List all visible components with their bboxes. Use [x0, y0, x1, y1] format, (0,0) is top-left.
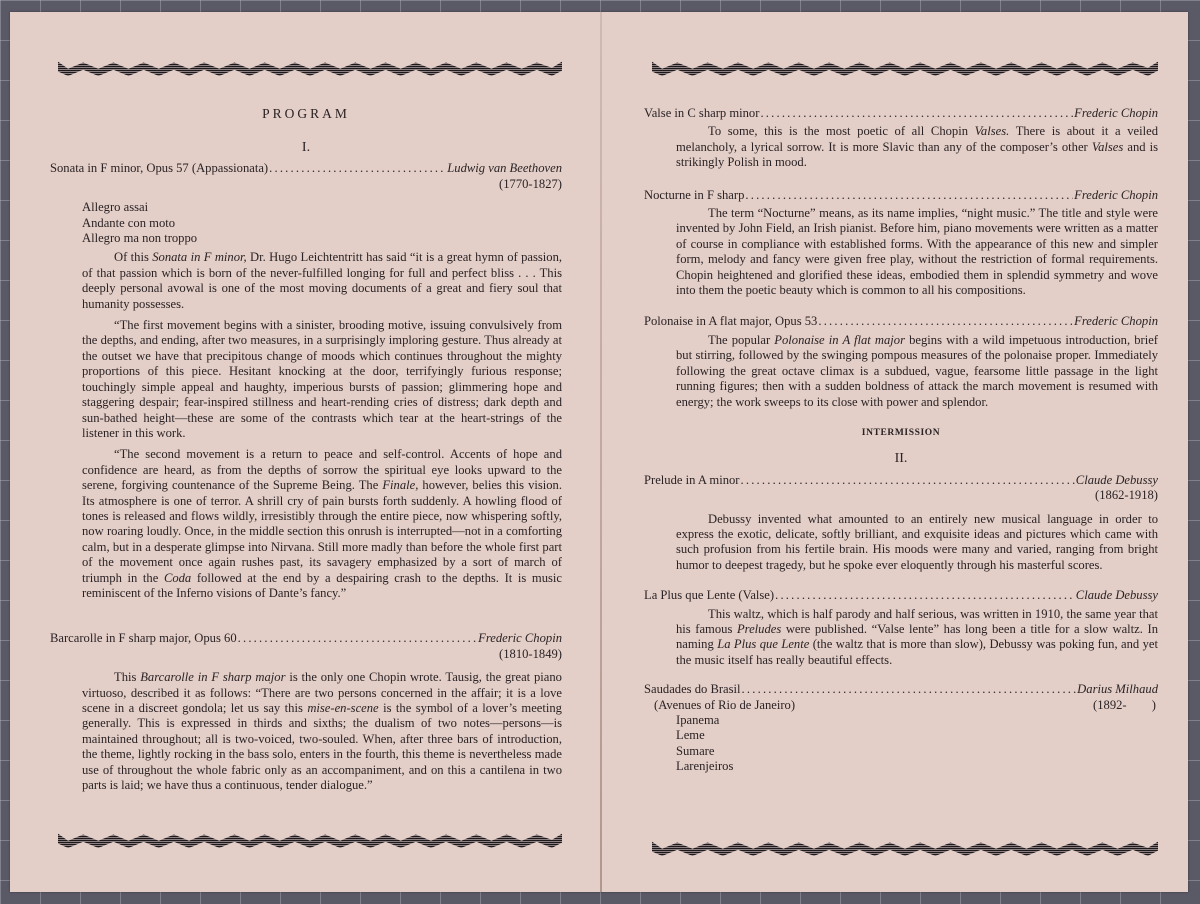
composer-name: Ludwig van Beethoven [447, 161, 562, 176]
right-content: Valse in C sharp minor Frederic Chopin T… [644, 106, 1158, 775]
program-note: Debussy invented what amounted to an ent… [644, 512, 1158, 574]
composer-dates: (1892- ) [1093, 698, 1158, 713]
program-note: “The second movement is a return to peac… [50, 447, 562, 601]
composer-dates: (1810-1849) [50, 647, 562, 662]
leader-dots [760, 106, 1073, 121]
section-number-ii: II. [644, 451, 1158, 466]
zigzag-border-top-icon [58, 58, 562, 76]
leader-dots [238, 631, 478, 646]
piece-title: Nocturne in F sharp [644, 188, 744, 203]
entry-chopin-polonaise: Polonaise in A flat major, Opus 53 Frede… [644, 314, 1158, 409]
composer-dates: (1862-1918) [644, 488, 1158, 503]
program-note: Of this Sonata in F minor, Dr. Hugo Leic… [50, 250, 562, 312]
leader-dots [775, 588, 1075, 603]
movement: Ipanema [676, 713, 1158, 728]
piece-title: La Plus que Lente (Valse) [644, 588, 774, 603]
piece-title: Polonaise in A flat major, Opus 53 [644, 314, 817, 329]
movement: Sumare [676, 744, 1158, 759]
entry-heading: Prelude in A minor Claude Debussy [644, 473, 1158, 488]
entry-beethoven-sonata: Sonata in F minor, Opus 57 (Appassionata… [50, 161, 562, 601]
program-heading: PROGRAM [50, 106, 562, 122]
subtitle-line: (Avenues of Rio de Janeiro) (1892- ) [644, 698, 1158, 713]
entry-heading: La Plus que Lente (Valse) Claude Debussy [644, 588, 1158, 603]
leader-dots [269, 161, 446, 176]
entry-chopin-barcarolle: Barcarolle in F sharp major, Opus 60 Fre… [50, 631, 562, 793]
program-note: The term “Nocturne” means, as its name i… [644, 206, 1158, 298]
intermission-label: INTERMISSION [644, 426, 1158, 441]
program-note: “The first movement begins with a sinist… [50, 318, 562, 441]
composer-dates: (1770-1827) [50, 177, 562, 192]
entry-heading: Barcarolle in F sharp major, Opus 60 Fre… [50, 631, 562, 646]
left-content: I. Sonata in F minor, Opus 57 (Appassion… [50, 140, 562, 793]
composer-name: Darius Milhaud [1077, 682, 1158, 697]
zigzag-border-bottom-icon [58, 830, 562, 848]
program-note: This Barcarolle in F sharp major is the … [50, 670, 562, 793]
movement-list: Allegro assai Andante con moto Allegro m… [50, 200, 562, 246]
composer-name: Claude Debussy [1076, 588, 1158, 603]
composer-name: Claude Debussy [1076, 473, 1158, 488]
program-sheet: PROGRAM I. Sonata in F minor, Opus 57 (A… [10, 12, 1188, 892]
entry-heading: Nocturne in F sharp Frederic Chopin [644, 188, 1158, 203]
composer-name: Frederic Chopin [1074, 106, 1158, 121]
entry-debussy-la-plus-que-lente: La Plus que Lente (Valse) Claude Debussy… [644, 588, 1158, 668]
section-number-i: I. [50, 140, 562, 155]
composer-name: Frederic Chopin [478, 631, 562, 646]
piece-title: Sonata in F minor, Opus 57 (Appassionata… [50, 161, 268, 176]
composer-name: Frederic Chopin [1074, 314, 1158, 329]
leader-dots [745, 188, 1073, 203]
leader-dots [741, 473, 1075, 488]
entry-heading: Polonaise in A flat major, Opus 53 Frede… [644, 314, 1158, 329]
entry-milhaud-saudades: Saudades do Brasil Darius Milhaud (Avenu… [644, 682, 1158, 774]
left-page: PROGRAM I. Sonata in F minor, Opus 57 (A… [50, 12, 562, 892]
movement: Allegro assai [82, 200, 562, 215]
entry-chopin-nocturne: Nocturne in F sharp Frederic Chopin The … [644, 188, 1158, 299]
right-page: Valse in C sharp minor Frederic Chopin T… [644, 12, 1158, 892]
zigzag-border-bottom-icon [652, 838, 1158, 856]
entry-heading: Saudades do Brasil Darius Milhaud [644, 682, 1158, 697]
composer-name: Frederic Chopin [1074, 188, 1158, 203]
entry-heading: Valse in C sharp minor Frederic Chopin [644, 106, 1158, 121]
piece-title: Prelude in A minor [644, 473, 740, 488]
movement: Allegro ma non troppo [82, 231, 562, 246]
piece-title: Barcarolle in F sharp major, Opus 60 [50, 631, 237, 646]
program-note: This waltz, which is half parody and hal… [644, 607, 1158, 669]
program-note: To some, this is the most poetic of all … [644, 124, 1158, 170]
leader-dots [818, 314, 1073, 329]
piece-subtitle: (Avenues of Rio de Janeiro) [654, 698, 795, 713]
piece-title: Valse in C sharp minor [644, 106, 759, 121]
movement: Andante con moto [82, 216, 562, 231]
entry-debussy-prelude: Prelude in A minor Claude Debussy (1862-… [644, 473, 1158, 573]
movement-list: Ipanema Leme Sumare Larenjeiros [644, 713, 1158, 775]
zigzag-border-top-icon [652, 58, 1158, 76]
entry-chopin-valse: Valse in C sharp minor Frederic Chopin T… [644, 106, 1158, 171]
piece-title: Saudades do Brasil [644, 682, 741, 697]
movement: Larenjeiros [676, 759, 1158, 774]
program-note: The popular Polonaise in A flat major be… [644, 333, 1158, 410]
entry-heading: Sonata in F minor, Opus 57 (Appassionata… [50, 161, 562, 176]
leader-dots [742, 682, 1077, 697]
movement: Leme [676, 728, 1158, 743]
